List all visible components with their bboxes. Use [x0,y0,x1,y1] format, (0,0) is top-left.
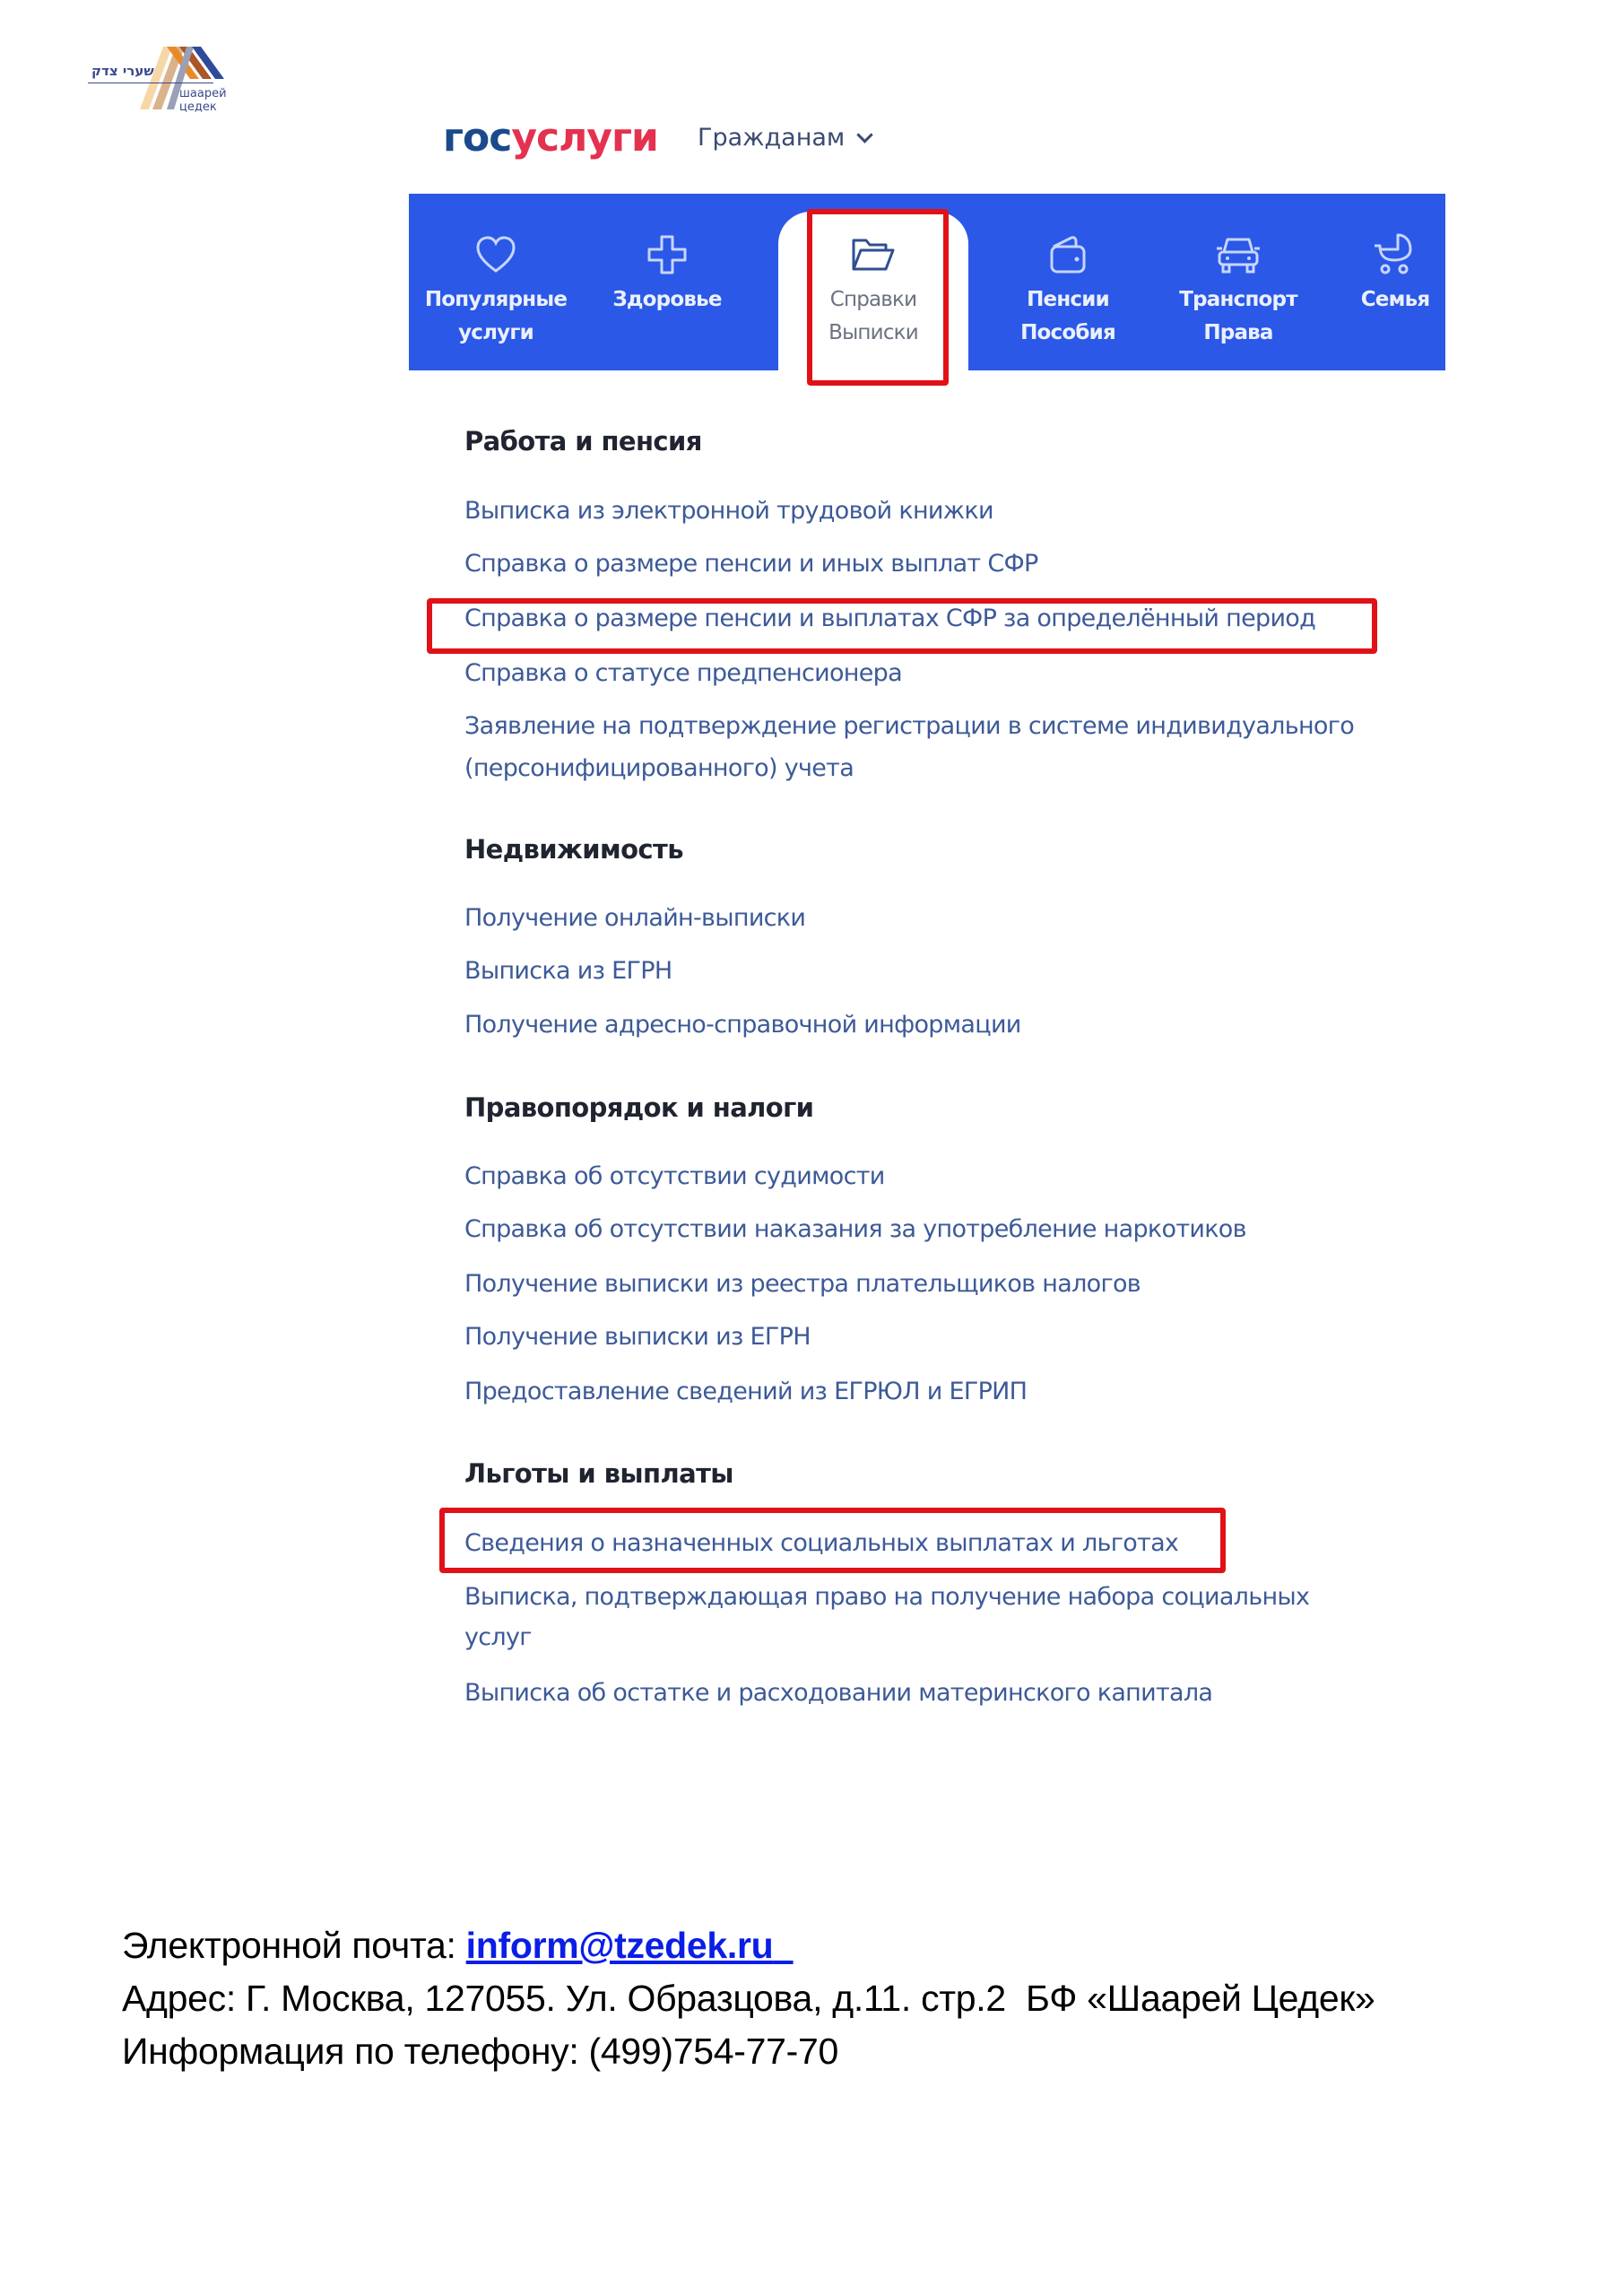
email-line: Электронной почта: inform@tzedek.ru [122,1919,1375,1972]
service-link[interactable]: Предоставление сведений из ЕГРЮЛ и ЕГРИП [464,1370,1027,1413]
gosuslugi-logo[interactable]: госуслуги [443,115,658,161]
category-label: Транспорт [1179,288,1297,311]
folder-open-icon [850,233,897,276]
service-link[interactable]: Справка о размере пенсии и иных выплат С… [464,543,1038,586]
service-link[interactable]: Выписка, подтверждающая право на получен… [464,1576,1309,1619]
category-tab-pensions[interactable]: ПенсииПособия [992,194,1144,370]
brand-part-uslugi: услуги [511,115,658,161]
chevron-down-icon [857,126,873,143]
section-title-real-estate: Недвижимость [464,834,683,865]
section-title-work-pension: Работа и пенсия [464,426,702,457]
category-label: Здоровье [612,288,721,311]
wallet-icon [1048,233,1088,276]
audience-selector[interactable]: Гражданам [698,124,871,152]
audience-label: Гражданам [698,124,845,152]
brand-part-gos: гос [443,115,511,161]
contact-footer: Электронной почта: inform@tzedek.ru Адре… [122,1919,1375,2078]
category-label: Права [1203,321,1272,344]
category-label: Пособия [1020,321,1115,344]
logo-hebrew-text: שערי צדק [91,63,154,79]
category-label: Семья [1361,288,1430,311]
heart-icon [474,233,517,276]
category-tab-family[interactable]: Семья [1341,194,1449,370]
section-title-benefits: Льготы и выплаты [464,1458,733,1489]
category-tab-certificates[interactable]: СправкиВыписки [778,212,968,370]
service-link-pension-period[interactable]: Справка о размере пенсии и выплатах СФР … [464,597,1315,640]
category-label: Популярные [425,288,567,311]
service-link[interactable]: Получение выписки из ЕГРН [464,1316,811,1359]
service-link[interactable]: Выписка об остатке и расходовании матери… [464,1672,1212,1715]
service-link[interactable]: Заявление на подтверждение регистрации в… [464,705,1354,748]
section-title-law-taxes: Правопорядок и налоги [464,1092,813,1123]
category-tab-health[interactable]: Здоровье [595,194,739,370]
service-link[interactable]: Получение онлайн-выписки [464,897,805,940]
service-link[interactable]: Справка о статусе предпенсионера [464,652,902,695]
category-label: услуги [458,321,533,344]
service-link[interactable]: Справка об отсутствии судимости [464,1155,885,1198]
car-icon [1215,233,1262,276]
category-nav-bar: Популярныеуслуги Здоровье СправкиВыписки… [409,194,1445,370]
category-label: Пенсии [1027,288,1109,311]
email-label: Электронной почта: [122,1925,466,1966]
service-link[interactable]: Получение адресно-справочной информации [464,1004,1021,1047]
service-link[interactable]: Получение выписки из реестра плательщико… [464,1263,1141,1306]
phone-line: Информация по телефону: (499)754-77-70 [122,2025,1375,2078]
category-tab-popular[interactable]: Популярныеуслуги [420,194,572,370]
category-label: Справки [830,288,917,311]
category-label: Выписки [828,321,918,344]
service-link[interactable]: Справка об отсутствии наказания за употр… [464,1208,1246,1251]
service-link-social-payments[interactable]: Сведения о назначенных социальных выплат… [464,1522,1178,1565]
medical-cross-icon [646,233,689,276]
service-link-continuation[interactable]: услуг [464,1616,532,1659]
category-tab-transport[interactable]: ТранспортПрава [1153,194,1323,370]
logo-russian-text: шаарей цедек [179,87,267,114]
service-link[interactable]: Выписка из электронной трудовой книжки [464,490,993,533]
email-link[interactable]: inform@tzedek.ru [466,1925,774,1966]
service-link[interactable]: Выписка из ЕГРН [464,950,672,993]
baby-stroller-icon [1373,233,1418,276]
logo-divider [88,83,213,83]
address-line: Адрес: Г. Москва, 127055. Ул. Образцова,… [122,1972,1375,2025]
service-link-continuation[interactable]: (персонифицированного) учета [464,747,854,790]
organization-logo: שערי צדק шаарей цедек [88,45,267,112]
